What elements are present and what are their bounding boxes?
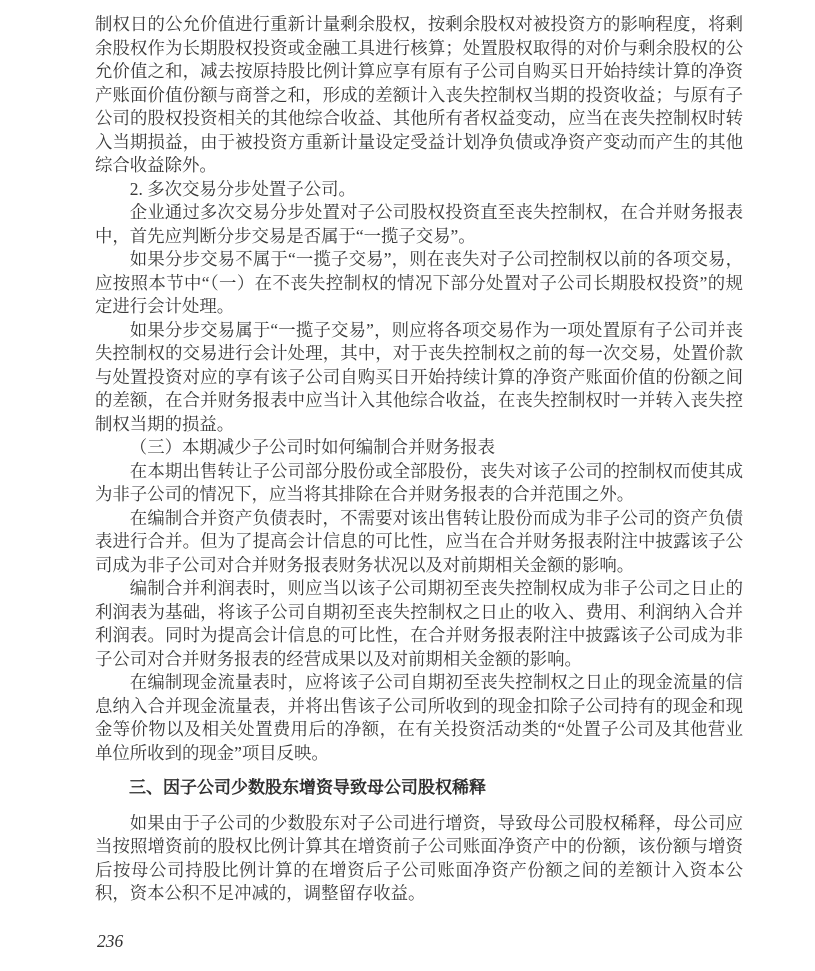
section-heading: 三、因子公司少数股东增资导致母公司股权稀释 (95, 776, 743, 800)
paragraph: 企业通过多次交易分步处置对子公司股权投资直至丧失控制权，在合并财务报表中，首先应… (95, 201, 743, 248)
paragraph: 在本期出售转让子公司部分股份或全部股份，丧失对该子公司的控制权而使其成为非子公司… (95, 460, 743, 507)
paragraph: 2. 多次交易分步处置子公司。 (95, 178, 743, 202)
paragraph: 如果分步交易属于“一揽子交易”，则应将各项交易作为一项处置原有子公司并丧失控制权… (95, 319, 743, 437)
book-page: 制权日的公允价值进行重新计量剩余股权，按剩余股权对被投资方的影响程度，将剩余股权… (0, 0, 815, 971)
paragraph: 在编制合并资产负债表时，不需要对该出售转让股份而成为非子公司的资产负债表进行合并… (95, 507, 743, 578)
paragraph: （三）本期减少子公司时如何编制合并财务报表 (95, 436, 743, 460)
text-block: 制权日的公允价值进行重新计量剩余股权，按剩余股权对被投资方的影响程度，将剩余股权… (95, 13, 743, 906)
paragraph: 如果分步交易不属于“一揽子交易”，则在丧失对子公司控制权以前的各项交易，应按照本… (95, 248, 743, 319)
page-number: 236 (97, 931, 123, 952)
paragraph: 制权日的公允价值进行重新计量剩余股权，按剩余股权对被投资方的影响程度，将剩余股权… (95, 13, 743, 178)
paragraph: 如果由于子公司的少数股东对子公司进行增资，导致母公司股权稀释，母公司应当按照增资… (95, 812, 743, 906)
paragraph: 在编制现金流量表时，应将该子公司自期初至丧失控制权之日止的现金流量的信息纳入合并… (95, 671, 743, 765)
paragraph: 编制合并利润表时，则应当以该子公司期初至丧失控制权成为非子公司之日止的利润表为基… (95, 577, 743, 671)
